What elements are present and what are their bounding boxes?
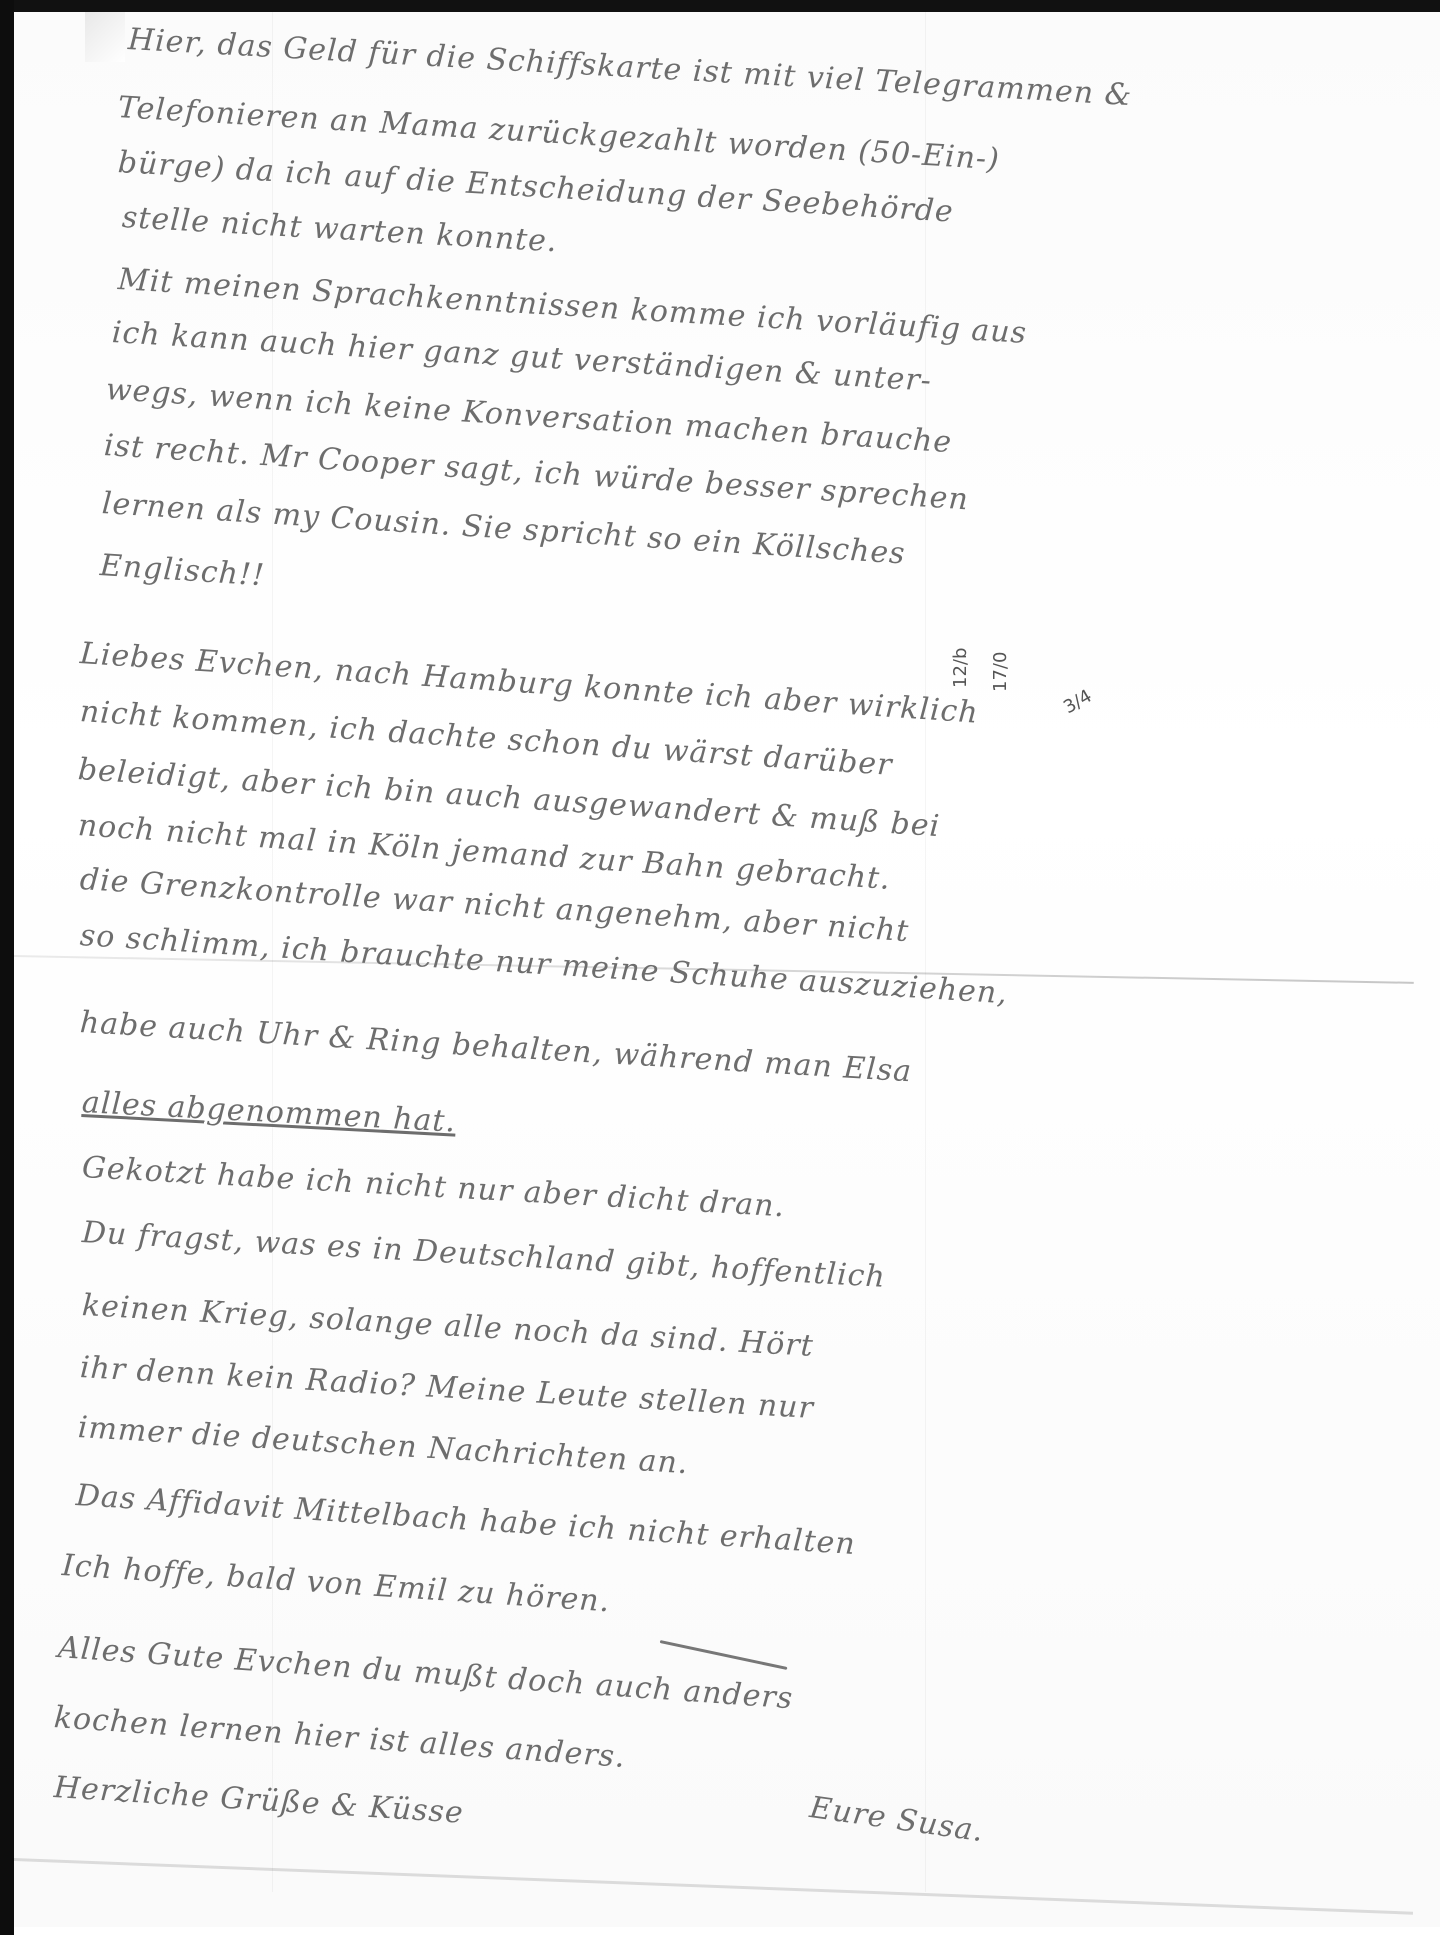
letter-line: Gekotzt habe ich nicht nur aber dicht dr… [81,1150,786,1224]
underline-stroke [660,1640,788,1670]
letter-line: Alles Gute Evchen du mußt doch auch ande… [57,1630,795,1716]
letter-signoff: Herzliche Grüße & Küsse [53,1770,465,1831]
letter-line: ihr denn kein Radio? Meine Leute stellen… [79,1350,815,1426]
letter-line: Das Affidavit Mittelbach habe ich nicht … [75,1478,857,1562]
margin-mark: 12/b [950,648,971,688]
letter-line: Du fragst, was es in Deutschland gibt, h… [81,1215,887,1295]
letter-line: kochen lernen hier ist alles anders. [53,1700,627,1775]
letter-line: keinen Krieg, solange alle noch da sind.… [81,1288,815,1364]
margin-mark: 3/4 [1060,686,1096,719]
letter-signature: Eure Susa. [808,1790,987,1849]
letter-line: stelle nicht warten konnte. [121,200,558,259]
letter-line: alles abgenommen hat. [81,1085,457,1140]
margin-mark: 17/0 [990,652,1011,692]
letter-line: Englisch!! [99,548,266,593]
letter-line: immer die deutschen Nachrichten an. [77,1410,689,1481]
letter-line: habe auch Uhr & Ring behalten, während m… [79,1005,913,1089]
handwritten-letter: Hier, das Geld für die Schiffskarte ist … [0,0,1440,1935]
letter-line: Ich hoffe, bald von Emil zu hören. [61,1548,611,1619]
